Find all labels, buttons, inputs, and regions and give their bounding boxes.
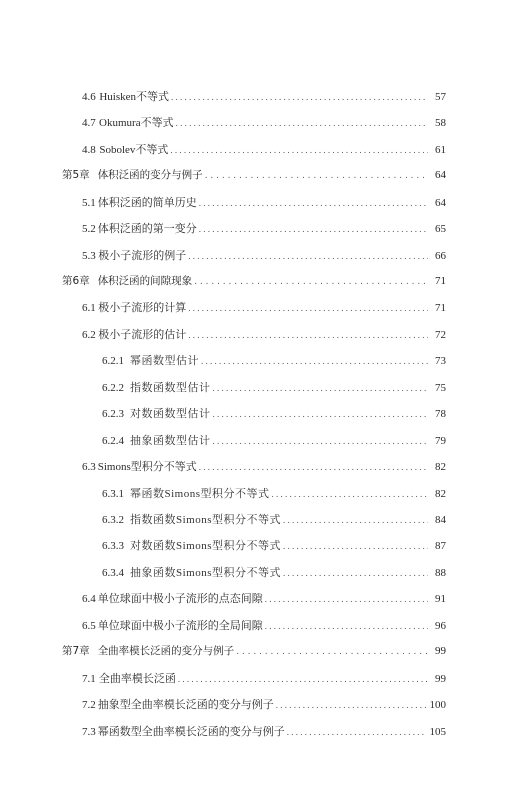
dot-leader [199, 224, 428, 234]
entry-number: 6.4 [82, 593, 96, 605]
entry-number: 6.2.2 [102, 382, 124, 394]
page-number: 82 [432, 488, 446, 500]
entry-title: Simons型积分不等式 [98, 458, 197, 474]
entry-title: 极小子流形的计算 [98, 299, 186, 315]
chapter-number: 第5章 [62, 167, 90, 182]
dot-leader [188, 330, 428, 340]
entry-number: 6.3.2 [102, 514, 124, 526]
page-number: 96 [432, 620, 446, 632]
chapter-title: 全曲率模长泛函的变分与例子 [98, 643, 235, 658]
toc-entry-4-8[interactable]: 4.8 Sobolev不等式 61 [82, 141, 446, 161]
entry-title: 抽象函数Simons型积分不等式 [130, 564, 281, 580]
toc-entry-6-3-3[interactable]: 6.3.3 对数函数Simons型积分不等式 87 [102, 537, 446, 557]
toc-entry-6-2-4[interactable]: 6.2.4 抽象函数型估计 79 [102, 432, 446, 452]
page-number: 99 [432, 673, 446, 685]
page-number: 58 [432, 117, 446, 129]
page-number: 71 [432, 275, 446, 287]
entry-number: 6.3.1 [102, 488, 124, 500]
entry-title: 指数函数Simons型积分不等式 [130, 511, 281, 527]
dot-leader [178, 674, 428, 684]
page-number: 88 [432, 567, 446, 579]
entry-number: 5.2 [82, 223, 96, 235]
toc-entry-6-3[interactable]: 6.3 Simons型积分不等式 82 [82, 458, 446, 478]
toc-entry-6-2-1[interactable]: 6.2.1 幂函数型估计 73 [102, 352, 446, 372]
toc-entry-6-3-2[interactable]: 6.3.2 指数函数Simons型积分不等式 84 [102, 511, 446, 531]
entry-title: 抽象型全曲率模长泛函的变分与例子 [98, 696, 274, 712]
toc-chapter-6[interactable]: 第6章 体积泛函的间隙现象 71 [62, 273, 446, 293]
dot-leader [283, 568, 428, 578]
chapter-title: 体积泛函的间隙现象 [98, 273, 193, 288]
page-number: 79 [432, 435, 446, 447]
entry-number: 4.7 [82, 117, 97, 129]
toc-entry-6-2-2[interactable]: 6.2.2 指数函数型估计 75 [102, 379, 446, 399]
dot-leader [272, 489, 428, 499]
page-number: 61 [432, 144, 446, 156]
entry-number: 4.8 [82, 144, 97, 156]
entry-title: 抽象函数型估计 [130, 432, 211, 448]
entry-title: 对数函数型估计 [130, 405, 211, 421]
dot-leader [170, 145, 428, 155]
dot-leader [176, 118, 428, 128]
entry-number: 7.1 [82, 673, 97, 685]
entry-number: 6.3.3 [102, 540, 124, 552]
entry-title: 单位球面中极小子流形的点态间隙 [98, 590, 263, 606]
dot-leader [213, 436, 429, 446]
toc-entry-6-3-1[interactable]: 6.3.1 幂函数Simons型积分不等式 82 [102, 485, 446, 505]
dot-leader [265, 594, 428, 604]
entry-title: 幂函数Simons型积分不等式 [130, 485, 270, 501]
dot-leader [236, 647, 428, 657]
page-number: 71 [432, 302, 446, 314]
page-number: 64 [432, 169, 446, 181]
dot-leader [283, 541, 428, 551]
entry-title: Sobolev不等式 [99, 141, 168, 157]
toc-entry-5-2[interactable]: 5.2 体积泛函的第一变分 65 [82, 220, 446, 240]
toc-entry-6-2-3[interactable]: 6.2.3 对数函数型估计 78 [102, 405, 446, 425]
dot-leader [283, 515, 428, 525]
toc-entry-4-7[interactable]: 4.7 Okumura不等式 58 [82, 114, 446, 134]
entry-number: 6.2 [82, 329, 96, 341]
page-number: 78 [432, 408, 446, 420]
entry-title: 指数函数型估计 [130, 379, 211, 395]
toc-entry-7-1[interactable]: 7.1 全曲率模长泛函 99 [82, 670, 446, 690]
chapter-title: 体积泛函的变分与例子 [98, 167, 203, 182]
toc-entry-7-3[interactable]: 7.3 幂函数型全曲率模长泛函的变分与例子 105 [82, 723, 446, 743]
page-number: 57 [432, 91, 446, 103]
dot-leader [287, 727, 426, 737]
page-number: 73 [432, 355, 446, 367]
entry-title: 单位球面中极小子流形的全局间隙 [98, 617, 263, 633]
dot-leader [199, 462, 428, 472]
entry-number: 6.2.1 [102, 355, 124, 367]
page-number: 91 [432, 593, 446, 605]
page-number: 66 [432, 250, 446, 262]
toc-entry-5-3[interactable]: 5.3 极小子流形的例子 66 [82, 247, 446, 267]
entry-title: 体积泛函的第一变分 [98, 220, 197, 236]
page-number: 64 [432, 197, 446, 209]
toc-entry-7-2[interactable]: 7.2 抽象型全曲率模长泛函的变分与例子 100 [82, 696, 446, 716]
page-number: 100 [430, 699, 447, 711]
page-number: 84 [432, 514, 446, 526]
dot-leader [213, 409, 429, 419]
entry-title: 极小子流形的例子 [98, 247, 186, 263]
toc-entry-5-1[interactable]: 5.1 体积泛函的简单历史 64 [82, 194, 446, 214]
dot-leader [188, 251, 428, 261]
entry-number: 7.2 [82, 699, 96, 711]
dot-leader [205, 171, 428, 181]
entry-number: 6.3 [82, 461, 96, 473]
entry-number: 6.1 [82, 302, 96, 314]
toc-entry-6-4[interactable]: 6.4 单位球面中极小子流形的点态间隙 91 [82, 590, 446, 610]
chapter-number: 第7章 [62, 643, 90, 658]
entry-number: 5.3 [82, 250, 96, 262]
page-number: 105 [430, 726, 447, 738]
entry-number: 6.2.4 [102, 435, 124, 447]
dot-leader [188, 303, 428, 313]
chapter-number: 第6章 [62, 273, 90, 288]
entry-number: 6.2.3 [102, 408, 124, 420]
entry-title: 体积泛函的简单历史 [98, 194, 197, 210]
dot-leader [199, 198, 428, 208]
entry-title: Okumura不等式 [99, 114, 174, 130]
entry-title: 对数函数Simons型积分不等式 [130, 537, 281, 553]
page-number: 82 [432, 461, 446, 473]
entry-title: 极小子流形的估计 [98, 326, 186, 342]
dot-leader [171, 92, 428, 102]
dot-leader [194, 277, 428, 287]
toc-chapter-5[interactable]: 第5章 体积泛函的变分与例子 64 [62, 167, 446, 187]
toc-entry-6-2[interactable]: 6.2 极小子流形的估计 72 [82, 326, 446, 346]
entry-number: 6.5 [82, 620, 96, 632]
entry-title: Huisken不等式 [99, 88, 169, 104]
page-number: 72 [432, 329, 446, 341]
toc-entry-6-3-4[interactable]: 6.3.4 抽象函数Simons型积分不等式 88 [102, 564, 446, 584]
dot-leader [213, 383, 429, 393]
entry-number: 5.1 [82, 197, 96, 209]
toc-chapter-7[interactable]: 第7章 全曲率模长泛函的变分与例子 99 [62, 643, 446, 663]
toc-entry-6-5[interactable]: 6.5 单位球面中极小子流形的全局间隙 96 [82, 617, 446, 637]
dot-leader [276, 700, 426, 710]
page-number: 65 [432, 223, 446, 235]
dot-leader [201, 356, 428, 366]
entry-title: 幂函数型全曲率模长泛函的变分与例子 [98, 723, 285, 739]
page-number: 75 [432, 382, 446, 394]
entry-number: 6.3.4 [102, 567, 124, 579]
page-number: 99 [432, 645, 446, 657]
entry-title: 全曲率模长泛函 [99, 670, 176, 686]
page-number: 87 [432, 540, 446, 552]
dot-leader [265, 621, 428, 631]
toc-entry-6-1[interactable]: 6.1 极小子流形的计算 71 [82, 299, 446, 319]
toc-entry-4-6[interactable]: 4.6 Huisken不等式 57 [82, 88, 446, 108]
entry-title: 幂函数型估计 [130, 352, 199, 368]
entry-number: 7.3 [82, 726, 96, 738]
entry-number: 4.6 [82, 91, 97, 103]
